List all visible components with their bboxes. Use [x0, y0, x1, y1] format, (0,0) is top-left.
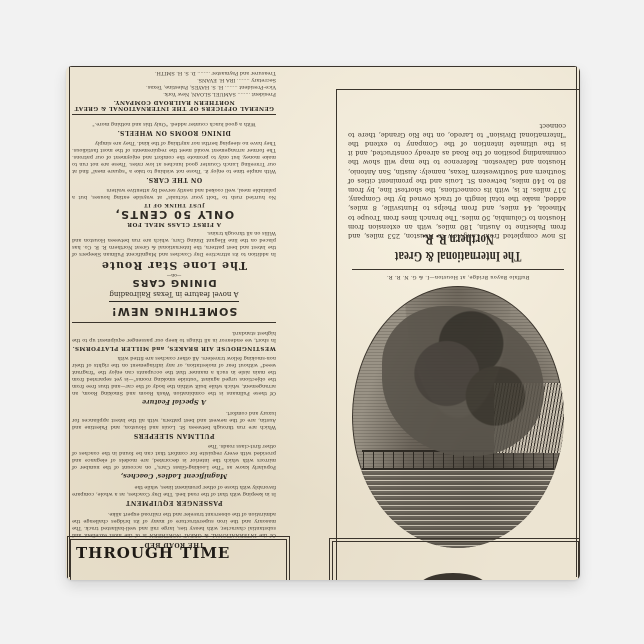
through-time-heading: THROUGH TIME — [76, 544, 230, 562]
bottom-strip-clip: THROUGH TIME — [66, 66, 580, 580]
